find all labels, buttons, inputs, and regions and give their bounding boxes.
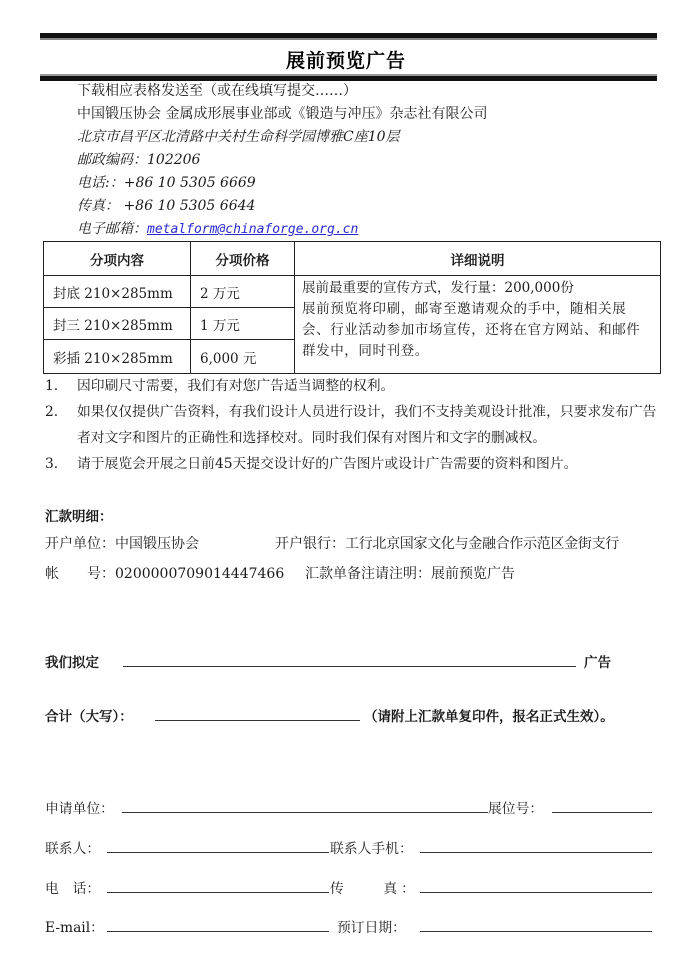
note-number: 2. [45, 399, 77, 451]
contact-postcode: 邮政编码：102206 [77, 149, 487, 172]
row-item: 彩插 210×285mm [44, 340, 191, 374]
plan-label: 我们拟定 [45, 651, 99, 671]
description-cell: 展前最重要的宣传方式，发行量：200,000份 展前预览将印刷，邮寄至邀请观众的… [295, 276, 661, 374]
plan-suffix: 广告 [584, 651, 611, 671]
note-text: 请于展览会开展之日前45天提交设计好的广告图片或设计广告需要的资料和图片。 [77, 451, 665, 477]
pricing-table: 分项内容 分项价格 详细说明 封底 210×285mm 2 万元 展前最重要的宣… [43, 241, 661, 374]
email-label: 电子邮箱： [77, 221, 147, 237]
note-item: 3. 请于展览会开展之日前45天提交设计好的广告图片或设计广告需要的资料和图片。 [45, 451, 665, 477]
date-input-line[interactable] [420, 931, 652, 932]
row-price: 1 万元 [191, 308, 295, 340]
contact-email: 电子邮箱：metalform@chinaforge.org.cn [77, 218, 487, 241]
contact-mobile-label: 联系人手机： [330, 837, 413, 857]
description-line-2: 展前预览将印刷，邮寄至邀请观众的手中，随相关展会、行业活动参加市场宣传，还将在官… [302, 299, 654, 362]
contact-organization: 中国锻压协会 金属成形展事业部或《锻造与冲压》杂志社有限公司 [77, 103, 487, 126]
email-field-label: E-mail： [45, 916, 104, 936]
description-line-1: 展前最重要的宣传方式，发行量：200,000份 [302, 278, 654, 299]
remark-value: 展前预览广告 [431, 566, 515, 582]
fax-value: +86 10 5305 6644 [123, 198, 255, 214]
phone-value: +86 10 5305 6669 [124, 175, 256, 191]
bank-label: 开户银行： [275, 536, 345, 552]
applicant-label: 申请单位： [45, 797, 114, 817]
phone-input-line[interactable] [107, 892, 329, 893]
contact-mobile-input-line[interactable] [420, 852, 652, 853]
remittance-title: 汇款明细： [45, 505, 113, 525]
table-row: 封底 210×285mm 2 万元 展前最重要的宣传方式，发行量：200,000… [44, 276, 661, 308]
row-item: 封三 210×285mm [44, 308, 191, 340]
page-title: 展前预览广告 [0, 46, 692, 73]
booth-input-line[interactable] [552, 812, 652, 813]
row-item: 封底 210×285mm [44, 276, 191, 308]
row-price: 2 万元 [191, 276, 295, 308]
contact-fax: 传真： +86 10 5305 6644 [77, 195, 487, 218]
plan-input-line[interactable] [123, 666, 576, 667]
note-number: 1. [45, 373, 77, 399]
postcode-value: 102206 [147, 152, 200, 168]
note-item: 2. 如果仅仅提供广告资料，有我们设计人员进行设计，我们不支持美观设计批准，只要… [45, 399, 665, 451]
fax-label: 传真： [77, 198, 119, 214]
booth-label: 展位号： [488, 797, 543, 817]
note-number: 3. [45, 451, 77, 477]
row-price: 6,000 元 [191, 340, 295, 374]
total-note: （请附上汇款单复印件，报名正式生效）。 [364, 705, 614, 725]
phone-field-label: 电 话： [45, 877, 100, 897]
phone-label: 电话:： [77, 175, 124, 191]
email-link[interactable]: metalform@chinaforge.org.cn [147, 222, 358, 237]
note-text: 因印刷尺寸需要，我们有对您广告适当调整的权利。 [77, 373, 665, 399]
header-item: 分项内容 [44, 242, 191, 276]
email-input-line[interactable] [107, 931, 329, 932]
account-no-label: 帐 号： [45, 566, 115, 582]
remark-label: 汇款单备注请注明： [305, 566, 431, 582]
remittance-bank: 开户银行：工行北京国家文化与金融合作示范区金街支行 [275, 533, 619, 553]
remittance-row-1: 开户单位：中国锻压协会 [45, 533, 199, 553]
remittance-row-2: 帐 号：0200000709014447466 [45, 563, 284, 583]
notes-list: 1. 因印刷尺寸需要，我们有对您广告适当调整的权利。 2. 如果仅仅提供广告资料… [45, 373, 665, 477]
header-price: 分项价格 [191, 242, 295, 276]
contact-person-input-line[interactable] [107, 852, 329, 853]
account-holder-value: 中国锻压协会 [115, 536, 199, 552]
applicant-input-line[interactable] [122, 812, 488, 813]
header-description: 详细说明 [295, 242, 661, 276]
postcode-label: 邮政编码： [77, 152, 147, 168]
total-input-line[interactable] [155, 720, 360, 721]
fax-input-line[interactable] [420, 892, 652, 893]
bank-value: 工行北京国家文化与金融合作示范区金街支行 [345, 536, 619, 552]
contact-info: 下载相应表格发送至（或在线填写提交……） 中国锻压协会 金属成形展事业部或《锻造… [77, 80, 487, 241]
total-label: 合计（大写）： [45, 705, 133, 725]
contact-address: 北京市昌平区北清路中关村生命科学园博雅C座10层 [77, 126, 487, 149]
fax-field-label: 传 真： [330, 877, 419, 897]
table-header-row: 分项内容 分项价格 详细说明 [44, 242, 661, 276]
note-item: 1. 因印刷尺寸需要，我们有对您广告适当调整的权利。 [45, 373, 665, 399]
contact-phone: 电话:：+86 10 5305 6669 [77, 172, 487, 195]
date-field-label: 预订日期： [337, 916, 406, 936]
remittance-remark: 汇款单备注请注明：展前预览广告 [305, 563, 515, 583]
title-top-rule [40, 33, 657, 40]
note-text: 如果仅仅提供广告资料，有我们设计人员进行设计，我们不支持美观设计批准，只要求发布… [77, 399, 665, 451]
contact-person-label: 联系人： [45, 837, 100, 857]
account-no-value: 0200000709014447466 [115, 566, 284, 582]
account-holder-label: 开户单位： [45, 536, 115, 552]
contact-intro: 下载相应表格发送至（或在线填写提交……） [77, 80, 487, 103]
